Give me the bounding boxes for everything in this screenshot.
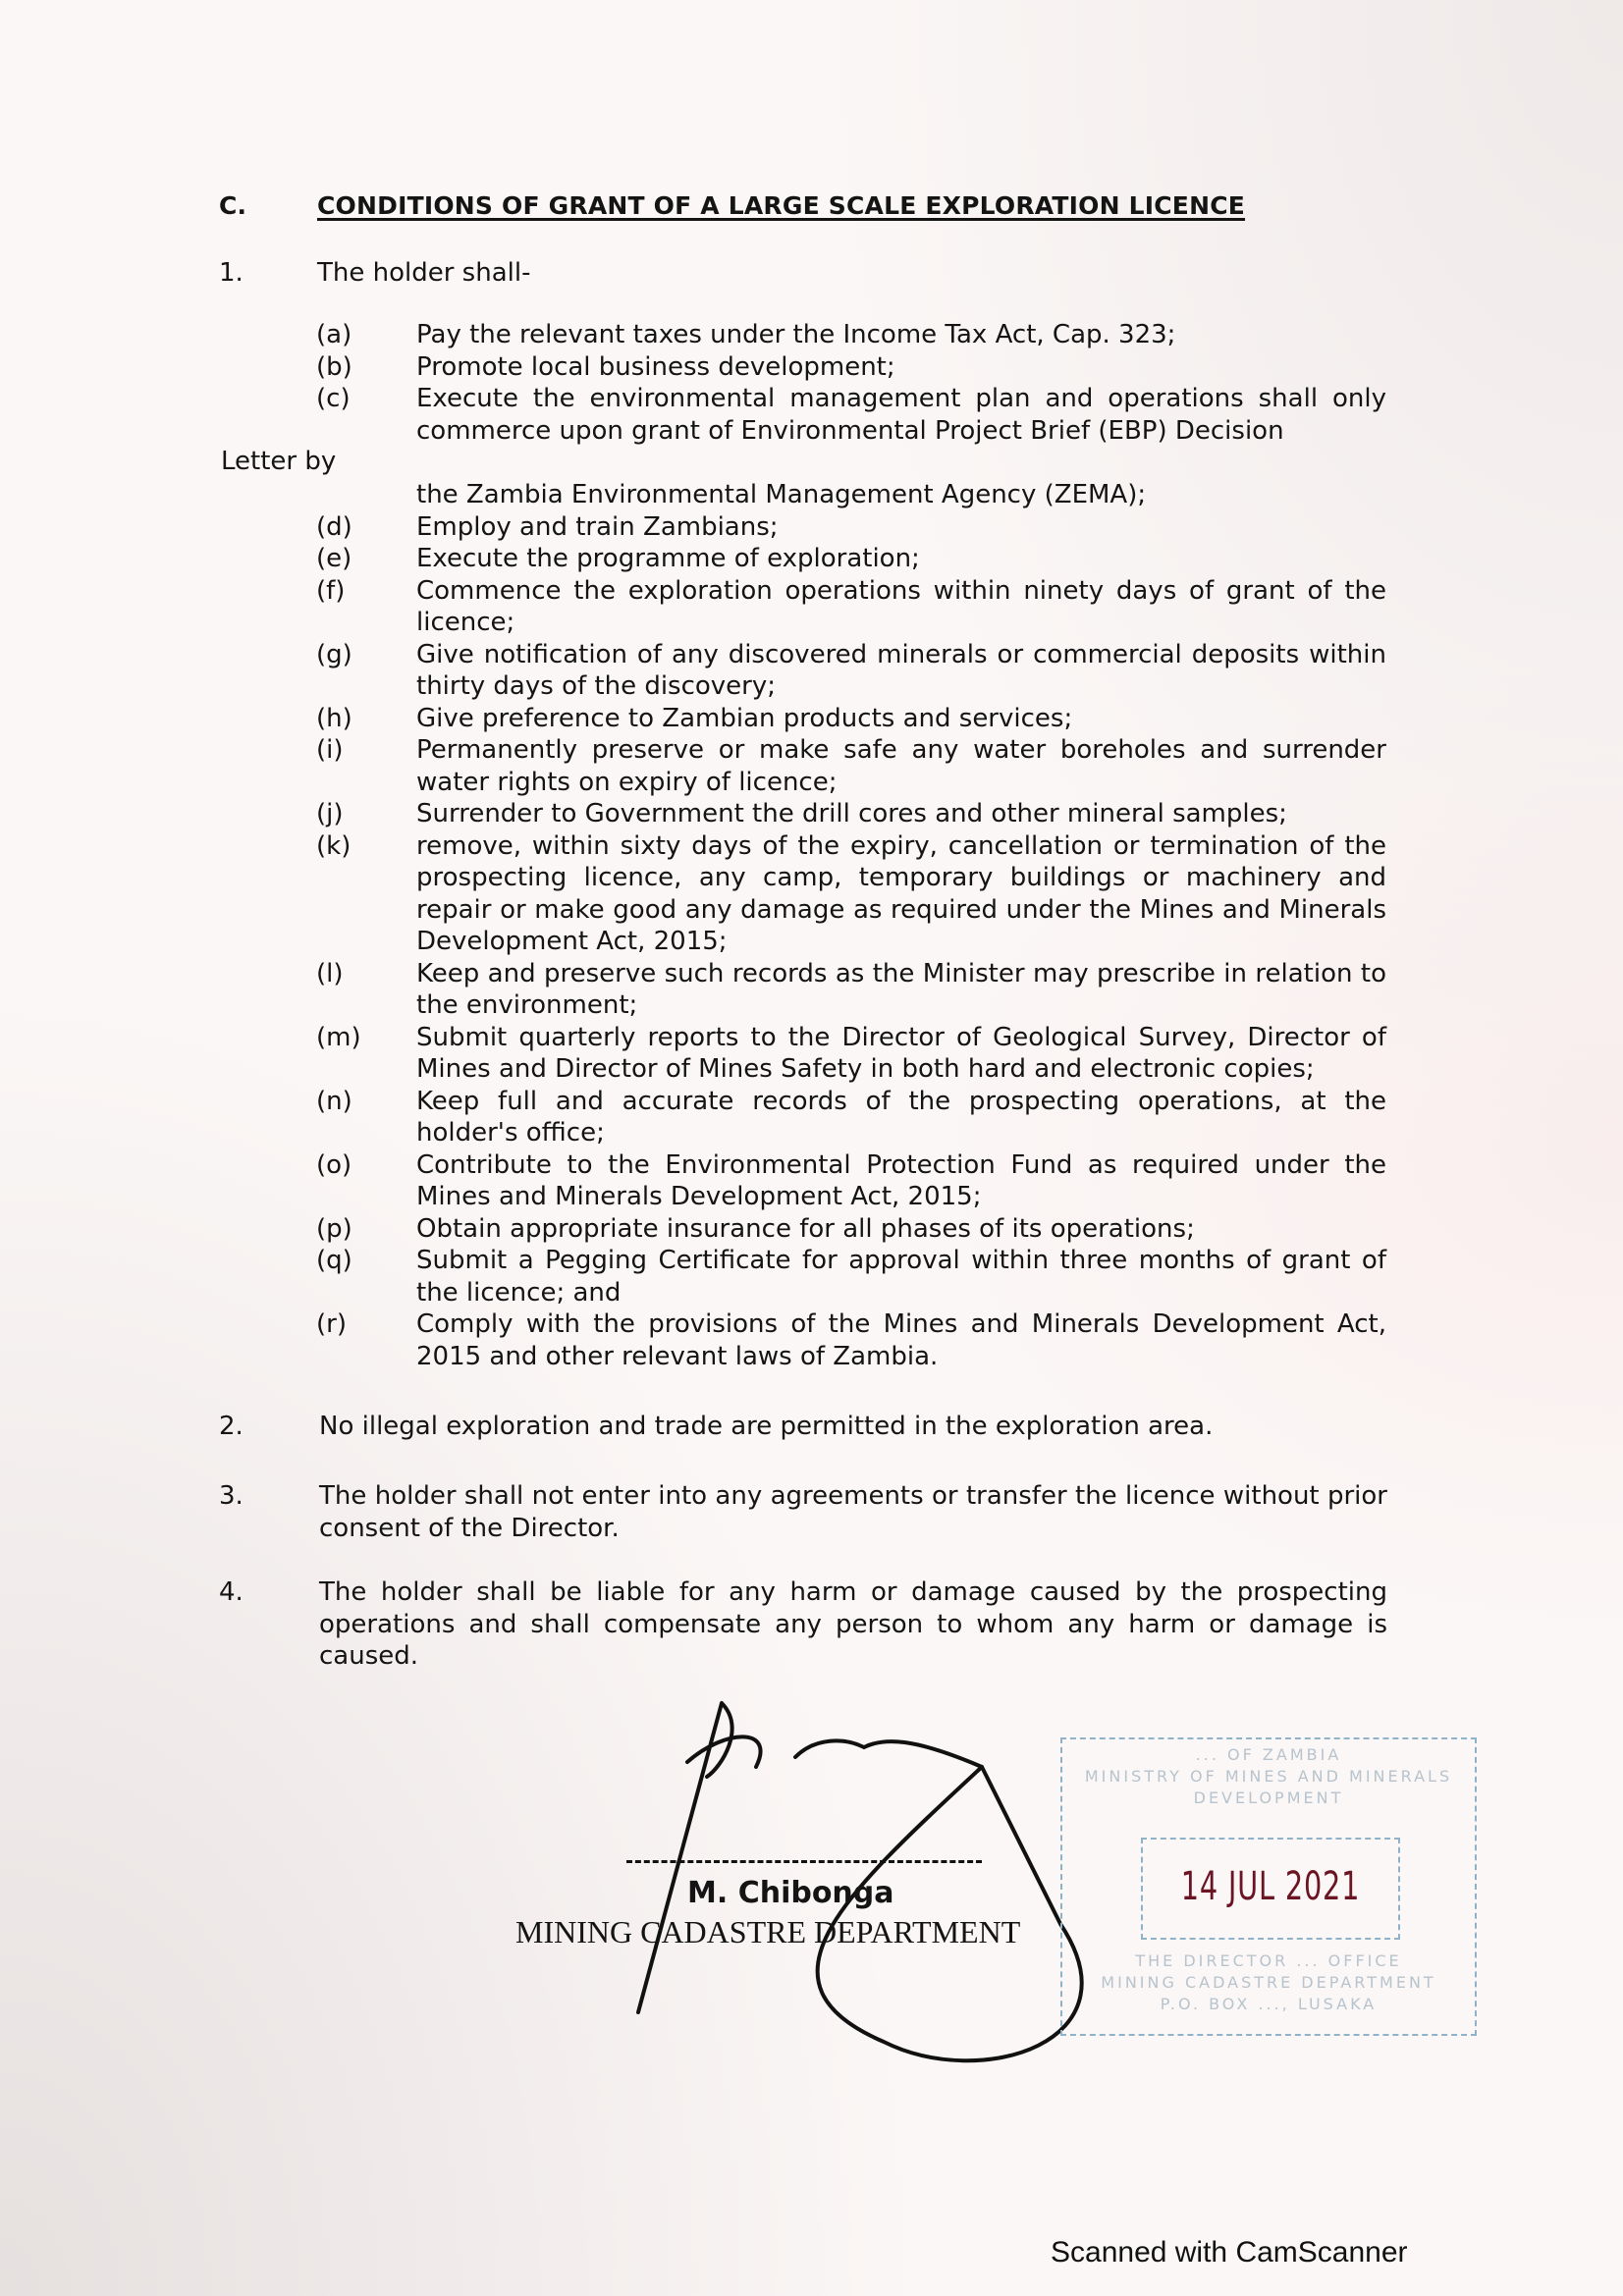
list-item: (g)Give notification of any discovered m… xyxy=(316,639,1386,703)
list-item: (f)Commence the exploration operations w… xyxy=(316,575,1386,639)
list-item: (c) Execute the environmental management… xyxy=(316,383,1386,447)
signature-line xyxy=(626,1860,982,1863)
list-item: (o)Contribute to the Environmental Prote… xyxy=(316,1149,1386,1213)
list-item: (i)Permanently preserve or make safe any… xyxy=(316,734,1386,798)
clause-4: 4. The holder shall be liable for any ha… xyxy=(219,1576,1387,1673)
date-stamp: 14 JUL 2021 xyxy=(1141,1838,1400,1940)
clause-number: 1. xyxy=(219,258,243,288)
list-item: (a) Pay the relevant taxes under the Inc… xyxy=(316,319,1386,351)
section-label: C. xyxy=(219,191,246,220)
section-title: CONDITIONS OF GRANT OF A LARGE SCALE EXP… xyxy=(317,191,1245,220)
camscanner-watermark: Scanned with CamScanner xyxy=(1051,2236,1408,2269)
signatory-department: MINING CADASTRE DEPARTMENT xyxy=(515,1914,1020,1950)
list-item: (n)Keep full and accurate records of the… xyxy=(316,1086,1386,1149)
list-item: (p)Obtain appropriate insurance for all … xyxy=(316,1213,1386,1246)
official-stamp: ... OF ZAMBIA MINISTRY OF MINES AND MINE… xyxy=(1060,1737,1477,2036)
letter-by-text: Letter by xyxy=(221,447,336,476)
condition-list-a-c: (a) Pay the relevant taxes under the Inc… xyxy=(316,319,1386,447)
list-item: (k)remove, within sixty days of the expi… xyxy=(316,830,1386,958)
clause-3: 3. The holder shall not enter into any a… xyxy=(219,1480,1387,1544)
clause-lead-text: The holder shall- xyxy=(317,258,530,288)
list-item: (j)Surrender to Government the drill cor… xyxy=(316,798,1386,830)
list-item: (m)Submit quarterly reports to the Direc… xyxy=(316,1022,1386,1086)
list-item: (b) Promote local business development; xyxy=(316,351,1386,384)
list-item: (h)Give preference to Zambian products a… xyxy=(316,703,1386,735)
signatory-name: M. Chibonga xyxy=(687,1876,894,1910)
clause-2: 2. No illegal exploration and trade are … xyxy=(219,1411,1387,1443)
stamp-date: 14 JUL 2021 xyxy=(1168,1864,1373,1909)
list-item: (d)Employ and train Zambians; xyxy=(316,511,1386,544)
condition-list-d-r: the Zambia Environmental Management Agen… xyxy=(316,479,1386,1372)
list-item: (e)Execute the programme of exploration; xyxy=(316,543,1386,575)
list-item: the Zambia Environmental Management Agen… xyxy=(316,479,1386,511)
list-item: (r)Comply with the provisions of the Min… xyxy=(316,1308,1386,1372)
list-item: (q)Submit a Pegging Certificate for appr… xyxy=(316,1245,1386,1308)
list-item: (l)Keep and preserve such records as the… xyxy=(316,958,1386,1022)
